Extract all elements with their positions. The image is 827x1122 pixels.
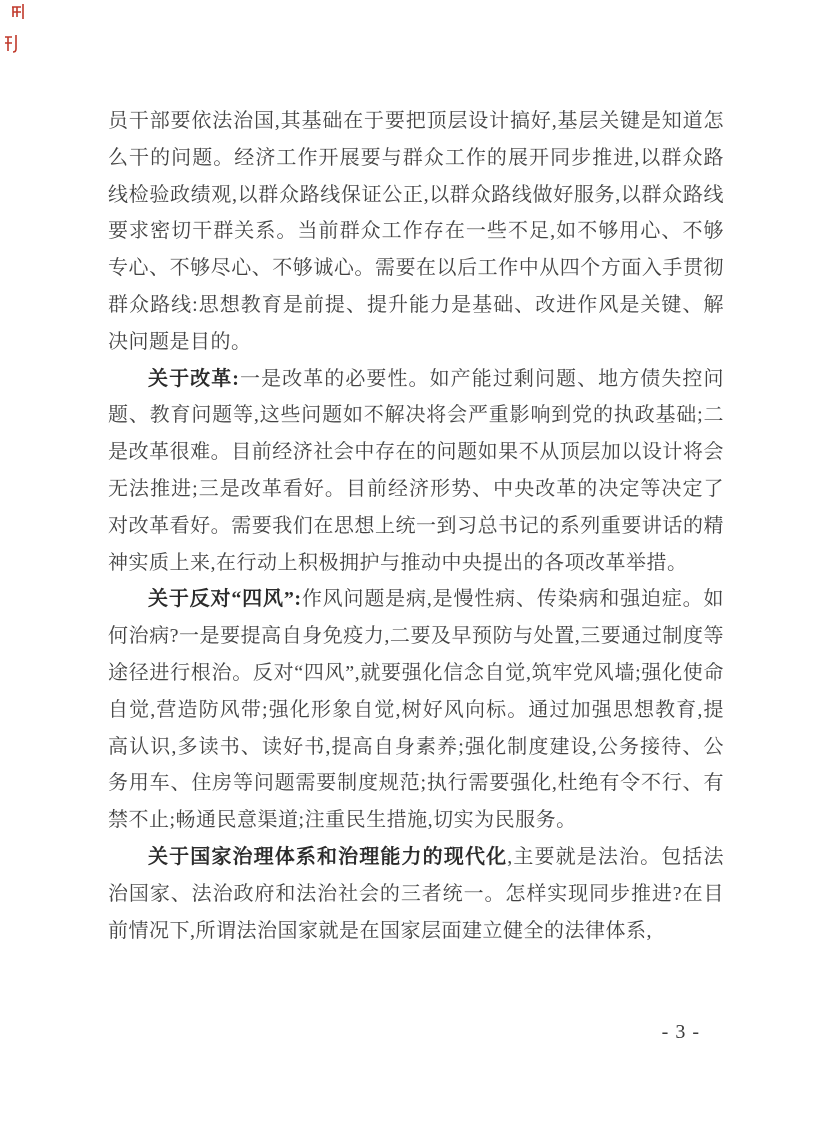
paragraph-continuation: 员干部要依法治国,其基础在于要把顶层设计搞好,基层关键是知道怎么干的问题。经济工… [108,103,724,361]
paragraph-four-winds: 关于反对“四风”:作风问题是病,是慢性病、传染病和强迫症。如何治病?一是要提高自… [108,581,724,839]
paragraph-text: 作风问题是病,是慢性病、传染病和强迫症。如何治病?一是要提高自身免疫力,二要及早… [108,588,724,831]
page-number: - 3 - [0,1021,700,1044]
paragraph-governance: 关于国家治理体系和治理能力的现代化,主要就是法治。包括法治国家、法治政府和法治社… [108,839,724,949]
document-body: 员干部要依法治国,其基础在于要把顶层设计搞好,基层关键是知道怎么干的问题。经济工… [108,103,724,949]
red-ink-mark [3,33,21,54]
paragraph-heading: 关于改革: [148,368,239,390]
paragraph-heading: 关于国家治理体系和治理能力的现代化 [148,846,507,868]
paragraph-reform: 关于改革:一是改革的必要性。如产能过剩问题、地方债失控问题、教育问题等,这些问题… [108,361,724,582]
red-ink-mark [9,3,27,20]
paragraph-text: 一是改革的必要性。如产能过剩问题、地方债失控问题、教育问题等,这些问题如不解决将… [108,368,724,574]
paragraph-heading: 关于反对“四风”: [148,588,302,610]
paragraph-text: 员干部要依法治国,其基础在于要把顶层设计搞好,基层关键是知道怎么干的问题。经济工… [108,110,724,353]
